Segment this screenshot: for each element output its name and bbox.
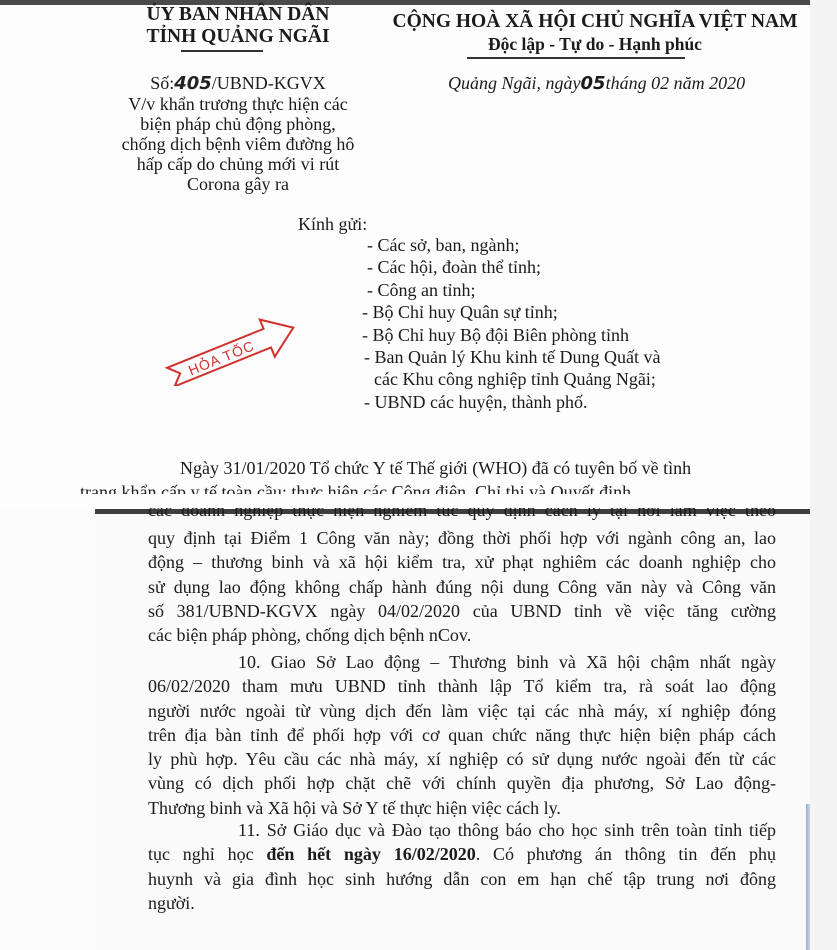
recipient-item: - Công an tỉnh; <box>360 279 660 301</box>
text-line: trên địa bàn tỉnh để phối hợp với cơ qua… <box>148 723 776 747</box>
text-line: huynh và gia đình học sinh hướng dẫn con… <box>148 867 776 891</box>
text-line: ly phù hợp. Yêu cầu các nhà máy, xí nghi… <box>148 747 776 771</box>
subject-line: chống dịch bệnh viêm đường hô <box>88 134 388 154</box>
subject-line: biện pháp chủ động phòng, <box>88 114 388 134</box>
vertical-edge-line <box>806 804 810 950</box>
handwritten-number: 405 <box>174 73 212 94</box>
text-line: 11. Sở Giáo dục và Đào tạo thông báo cho… <box>148 818 776 842</box>
text-line: sử dụng lao động không chấp hành đúng nộ… <box>148 575 776 599</box>
text-line: 06/02/2020 tham mưu UBND tỉnh thành lập … <box>148 674 776 698</box>
subject-line: V/v khẩn trương thực hiện các <box>88 94 388 114</box>
text-line: tục nghỉ học đến hết ngày 16/02/2020. Có… <box>148 842 776 866</box>
text-line: vùng có dịch phối hợp chặt chẽ với chính… <box>148 771 776 795</box>
text-line: các biện pháp phòng, chống dịch bệnh nCo… <box>148 623 776 647</box>
recipient-item: - Bộ Chỉ huy Quân sự tỉnh; <box>360 301 660 323</box>
org-line-1: ỦY BAN NHÂN DÂN <box>88 4 388 26</box>
recipient-item: - UBND các huyện, thành phố. <box>360 391 660 413</box>
item-11-paragraph: 11. Sở Giáo dục và Đào tạo thông báo cho… <box>148 818 776 915</box>
nation-line-1: CỘNG HOÀ XÃ HỘI CHỦ NGHĨA VIỆT NAM <box>380 10 810 33</box>
org-line-2: TỈNH QUẢNG NGÃI <box>88 26 388 48</box>
item-10-paragraph: 10. Giao Sở Lao động – Thương binh và Xã… <box>148 650 776 820</box>
subject-line: Corona gây ra <box>88 174 388 194</box>
text-line: 10. Giao Sở Lao động – Thương binh và Xã… <box>148 650 776 674</box>
deadline-bold: đến hết ngày 16/02/2020 <box>266 844 475 864</box>
recipient-item: - Bộ Chỉ huy Bộ đội Biên phòng tỉnh <box>360 324 660 346</box>
intro-paragraph: Ngày 31/01/2020 Tổ chức Y tế Thế giới (W… <box>80 456 800 494</box>
motto-underline <box>467 57 685 59</box>
recipient-item: - Các hội, đoàn thể tỉnh; <box>360 256 660 278</box>
document-number-block: Số:405/UBND-KGVX V/v khẩn trương thực hi… <box>88 73 388 194</box>
cut-off-line: các doanh nghiệp thực hiện nghiêm túc qu… <box>148 508 776 524</box>
urgent-stamp-arrow-icon: HỎA TỐC <box>158 312 308 386</box>
recipients-list: - Các sở, ban, ngành; - Các hội, đoàn th… <box>360 234 660 413</box>
intro-line-1: Ngày 31/01/2020 Tổ chức Y tế Thế giới (W… <box>80 456 800 480</box>
org-underline <box>181 50 263 52</box>
subject-line: hấp cấp do chủng mới vi rút <box>88 154 388 174</box>
text-line: động – thương binh và xã hội kiểm tra, x… <box>148 550 776 574</box>
text-line: Thương binh và Xã hội và Sở Y tế thực hi… <box>148 796 776 820</box>
nation-motto: Độc lập - Tự do - Hạnh phúc <box>380 33 810 56</box>
handwritten-day: 05 <box>581 73 606 94</box>
text-line: số 381/UBND-KGVX ngày 04/02/2020 của UBN… <box>148 599 776 623</box>
issuing-authority: ỦY BAN NHÂN DÂN TỈNH QUẢNG NGÃI <box>88 4 388 48</box>
recipient-item: - Các sở, ban, ngành; <box>360 234 660 256</box>
national-heading: CỘNG HOÀ XÃ HỘI CHỦ NGHĨA VIỆT NAM Độc l… <box>380 10 810 56</box>
text-line: người. <box>148 891 776 915</box>
text-line: quy định tại Điểm 1 Công văn này; đồng t… <box>148 526 776 550</box>
intro-line-2: trang khẩn cấp y tế toàn cầu; thực hiện … <box>80 480 800 494</box>
recipient-item: - Ban Quản lý Khu kinh tế Dung Quất và <box>360 346 660 368</box>
continuation-paragraph: quy định tại Điểm 1 Công văn này; đồng t… <box>148 526 776 647</box>
recipient-item: các Khu công nghiệp tỉnh Quảng Ngãi; <box>360 368 660 390</box>
document-number: Số:405/UBND-KGVX <box>88 73 388 94</box>
recipients-label: Kính gửi: <box>298 214 367 235</box>
place-and-date: Quảng Ngãi, ngày05tháng 02 năm 2020 <box>448 73 788 94</box>
text-line: người nước ngoài từ vùng dịch đến làm vi… <box>148 699 776 723</box>
right-margin-strip <box>810 0 837 950</box>
